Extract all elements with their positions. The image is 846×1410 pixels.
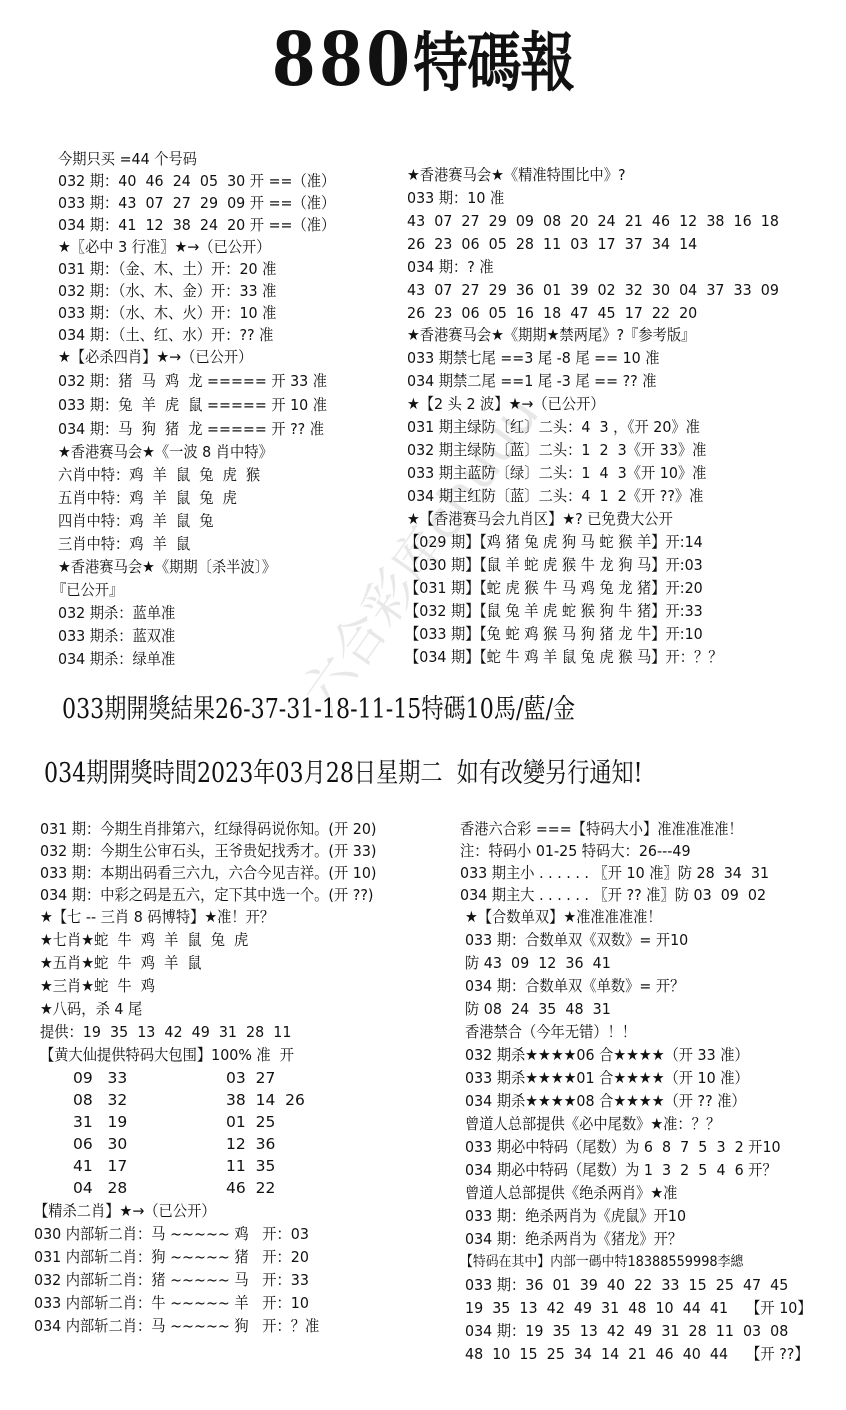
text-line: ★三肖★蛇 牛 鸡 [40,975,155,997]
text-line: ★八码，杀 4 尾 [40,998,142,1020]
grid-cell-right: 11 35 [226,1155,275,1177]
text-line: 防 43 09 12 36 41 [465,952,611,974]
title-text: 特碼報 [413,26,574,101]
text-line: 034 期：（土、红、水）开：?? 准 [58,324,273,346]
text-line: 六肖中特：鸡 羊 鼠 兔 虎 猴 [58,464,260,486]
page-title: 880特碼報 [63,20,782,104]
grid-cell-right: 12 36 [226,1133,275,1155]
text-line: 033 期：兔 羊 虎 鼠 ===== 开 10 准 [58,394,327,416]
grid-cell-right: 46 22 [226,1177,275,1199]
text-line: 033 内部斩二肖：牛 ~~~~~ 羊 开：10 [34,1292,309,1314]
text-line: 033 期主蓝防〔绿〕二头：1 4 3《开 10》准 [407,462,706,484]
text-line: 033 期杀：蓝双准 [58,625,175,647]
section-heading: ★【必杀四肖】★→（已公开） [58,346,252,368]
section-heading: 【黄大仙提供特码大包围】100% 准 开 [40,1044,294,1066]
text-line: 提供：19 35 13 42 49 31 28 11 [40,1021,291,1043]
draw-schedule-banner: 034期開獎時間2023年03月28日星期二 如有改變另行通知! [44,756,643,792]
grid-cell-left: 41 17 [73,1155,127,1177]
grid-cell-left: 09 33 [73,1067,127,1089]
text-line: 034 期主大 . . . . . . 〖开 ?? 准〗防 03 09 02 [460,884,766,906]
draw-result-banner: 033期開獎結果26-37-31-18-11-15特碼10馬/藍/金 [62,692,575,728]
text-line: 033 期禁七尾 ==3 尾 -8 尾 == 10 准 [407,347,660,369]
number-row: 43 07 27 29 36 01 39 02 32 30 04 37 33 0… [407,279,779,301]
text-line: 032 期：今期生公审石头，王爷贵妃找秀才。(开 33) [40,840,377,862]
text-line: 034 期：马 狗 猪 龙 ===== 开 ?? 准 [58,418,324,440]
text-line: 033 期：合数单双《双数》= 开10 [465,929,688,951]
section-heading: 曾道人总部提供《必中尾数》★准：？？ [465,1113,720,1135]
zodiac-row: 【033 期】【兔 蛇 鸡 猴 马 狗 猪 龙 牛】开:10 [405,623,703,645]
section-heading: 曾道人总部提供《绝杀两肖》★准 [465,1182,677,1204]
text-line: 031 期：（金、木、土）开：20 准 [58,258,276,280]
zodiac-row: 【030 期】【鼠 羊 蛇 虎 猴 牛 龙 狗 马】开:03 [405,554,703,576]
section-heading: ★香港赛马会★《期期★禁两尾》?『参考版』 [407,324,695,346]
text-line: 034 内部斩二肖：马 ~~~~~ 狗 开：？准 [34,1315,319,1337]
title-number: 880 [272,17,413,103]
text-line: 五肖中特：鸡 羊 鼠 兔 虎 [58,487,237,509]
text-line: 034 期：中彩之码是五六，定下其中选一个。(开 ??) [40,884,374,906]
number-row: 48 10 15 25 34 14 21 46 40 44 【开 ??】 [465,1343,809,1365]
grid-cell-right: 38 14 26 [226,1089,305,1111]
text-line: 034 期：? 准 [407,256,494,278]
grid-cell-left: 08 32 [73,1089,127,1111]
text-line: 033 期：10 准 [407,187,504,209]
grid-cell-left: 06 30 [73,1133,127,1155]
text-line: ★七肖★蛇 牛 鸡 羊 鼠 兔 虎 [40,929,248,951]
text-line: ★五肖★蛇 牛 鸡 羊 鼠 [40,952,202,974]
number-row: 19 35 13 42 49 31 48 10 44 41 【开 10】 [465,1297,812,1319]
text-line: 034 期杀★★★★08 合★★★★（开 ?? 准） [465,1090,746,1112]
text-line: 032 期杀★★★★06 合★★★★（开 33 准） [465,1044,749,1066]
number-row: 26 23 06 05 28 11 03 17 37 34 14 [407,233,697,255]
section-heading: ★【2 头 2 波】★→（已公开） [407,393,605,415]
section-heading: ★香港赛马会★《精准特围比中》? [407,164,626,186]
section-heading: 【精杀二肖】★→（已公开） [34,1200,216,1222]
text-line: 注：特码小 01-25 特码大：26---49 [460,840,691,862]
section-heading: 香港禁合（今年无错）！！ [465,1021,636,1043]
section-heading: ★香港赛马会★《一波 8 肖中特》 [58,441,273,463]
text-line: 032 期：40 46 24 05 30 开 ==（准） [58,170,335,192]
zodiac-row: 【029 期】【鸡 猪 兔 虎 狗 马 蛇 猴 羊】开:14 [405,531,703,553]
grid-cell-right: 03 27 [226,1067,275,1089]
text-line: 四肖中特：鸡 羊 鼠 兔 [58,510,214,532]
grid-cell-right: 01 25 [226,1111,275,1133]
section-heading: ★香港赛马会★《期期〔杀半波〕》 [58,556,276,578]
number-row: 034 期：19 35 13 42 49 31 28 11 03 08 [465,1320,788,1342]
text-line: 『已公开』 [52,579,123,601]
text-line: 032 内部斩二肖：猪 ~~~~~ 马 开：33 [34,1269,309,1291]
text-line: 034 期：合数单双《单数》= 开？ [465,975,684,997]
text-line: 034 期禁二尾 ==1 尾 -3 尾 == ?? 准 [407,370,657,392]
zodiac-row: 【032 期】【鼠 兔 羊 虎 蛇 猴 狗 牛 猪】开:33 [405,600,703,622]
text-line: 034 期杀：绿单准 [58,648,175,670]
number-row: 43 07 27 29 09 08 20 24 21 46 12 38 16 1… [407,210,779,232]
text-line: 034 期：绝杀两肖为《猪龙》开？ [465,1228,682,1250]
text-line: 034 期主红防〔蓝〕二头：4 1 2《开 ??》准 [407,485,703,507]
text-line: 防 08 24 35 48 31 [465,998,611,1020]
text-line: 033 期必中特码（尾数）为 6 8 7 5 3 2 开10 [465,1136,781,1158]
text-line: 034 期必中特码（尾数）为 1 3 2 5 4 6 开？ [465,1159,777,1181]
grid-cell-left: 31 19 [73,1111,127,1133]
section-heading: 【特码在其中】内部一碼中特18388559998李總 [460,1251,743,1273]
grid-cell-left: 04 28 [73,1177,127,1199]
section-heading: ★【合数单双】★准准准准准！ [465,906,662,928]
text-line: 033 期：本期出码看三六九，六合今见吉祥。(开 10) [40,862,377,884]
text-line: 032 期：（水、木、金）开：33 准 [58,280,276,302]
text-line: 031 期：今期生肖排第六，红绿得码说你知。(开 20) [40,818,377,840]
text-line: 031 内部斩二肖：狗 ~~~~~ 猪 开：20 [34,1246,309,1268]
zodiac-row: 【034 期】【蛇 牛 鸡 羊 鼠 兔 虎 猴 马】开：？？ [405,646,723,668]
zodiac-row: 【031 期】【蛇 虎 猴 牛 马 鸡 兔 龙 猪】开:20 [405,577,703,599]
text-line: 033 期杀★★★★01 合★★★★（开 10 准） [465,1067,749,1089]
text-line: 032 期：猪 马 鸡 龙 ===== 开 33 准 [58,370,327,392]
text-line: 033 期：（水、木、火）开：10 准 [58,302,276,324]
section-heading: ★【七 -- 三肖 8 码博特】★准！开？ [40,906,274,928]
text-line: 三肖中特：鸡 羊 鼠 [58,533,190,555]
text-line: 033 期：绝杀两肖为《虎鼠》开10 [465,1205,686,1227]
text-line: 033 期主小 . . . . . . 〖开 10 准〗防 28 34 31 [460,862,769,884]
text-line: 034 期：41 12 38 24 20 开 ==（准） [58,214,335,236]
number-row: 033 期：36 01 39 40 22 33 15 25 47 45 [465,1274,788,1296]
text-line: 030 内部斩二肖：马 ~~~~~ 鸡 开：03 [34,1223,309,1245]
text-line: 033 期：43 07 27 29 09 开 ==（准） [58,192,335,214]
text-line: 032 期主绿防〔蓝〕二头：1 2 3《开 33》准 [407,439,706,461]
buy-44-heading: 今期只买 =44 个号码 [58,148,197,170]
section-heading: 香港六合彩 ===【特码大小】准准准准准！ [460,818,743,840]
number-row: 26 23 06 05 16 18 47 45 17 22 20 [407,302,697,324]
text-line: 031 期主绿防〔红〕二头：4 3 ，《开 20》准 [407,416,700,438]
text-line: 032 期杀：蓝单准 [58,602,175,624]
section-heading: ★【香港赛马会九肖区】★? 已免费大公开 [407,508,673,530]
section-heading: ★〖必中 3 行准〗★→（已公开） [58,236,271,258]
